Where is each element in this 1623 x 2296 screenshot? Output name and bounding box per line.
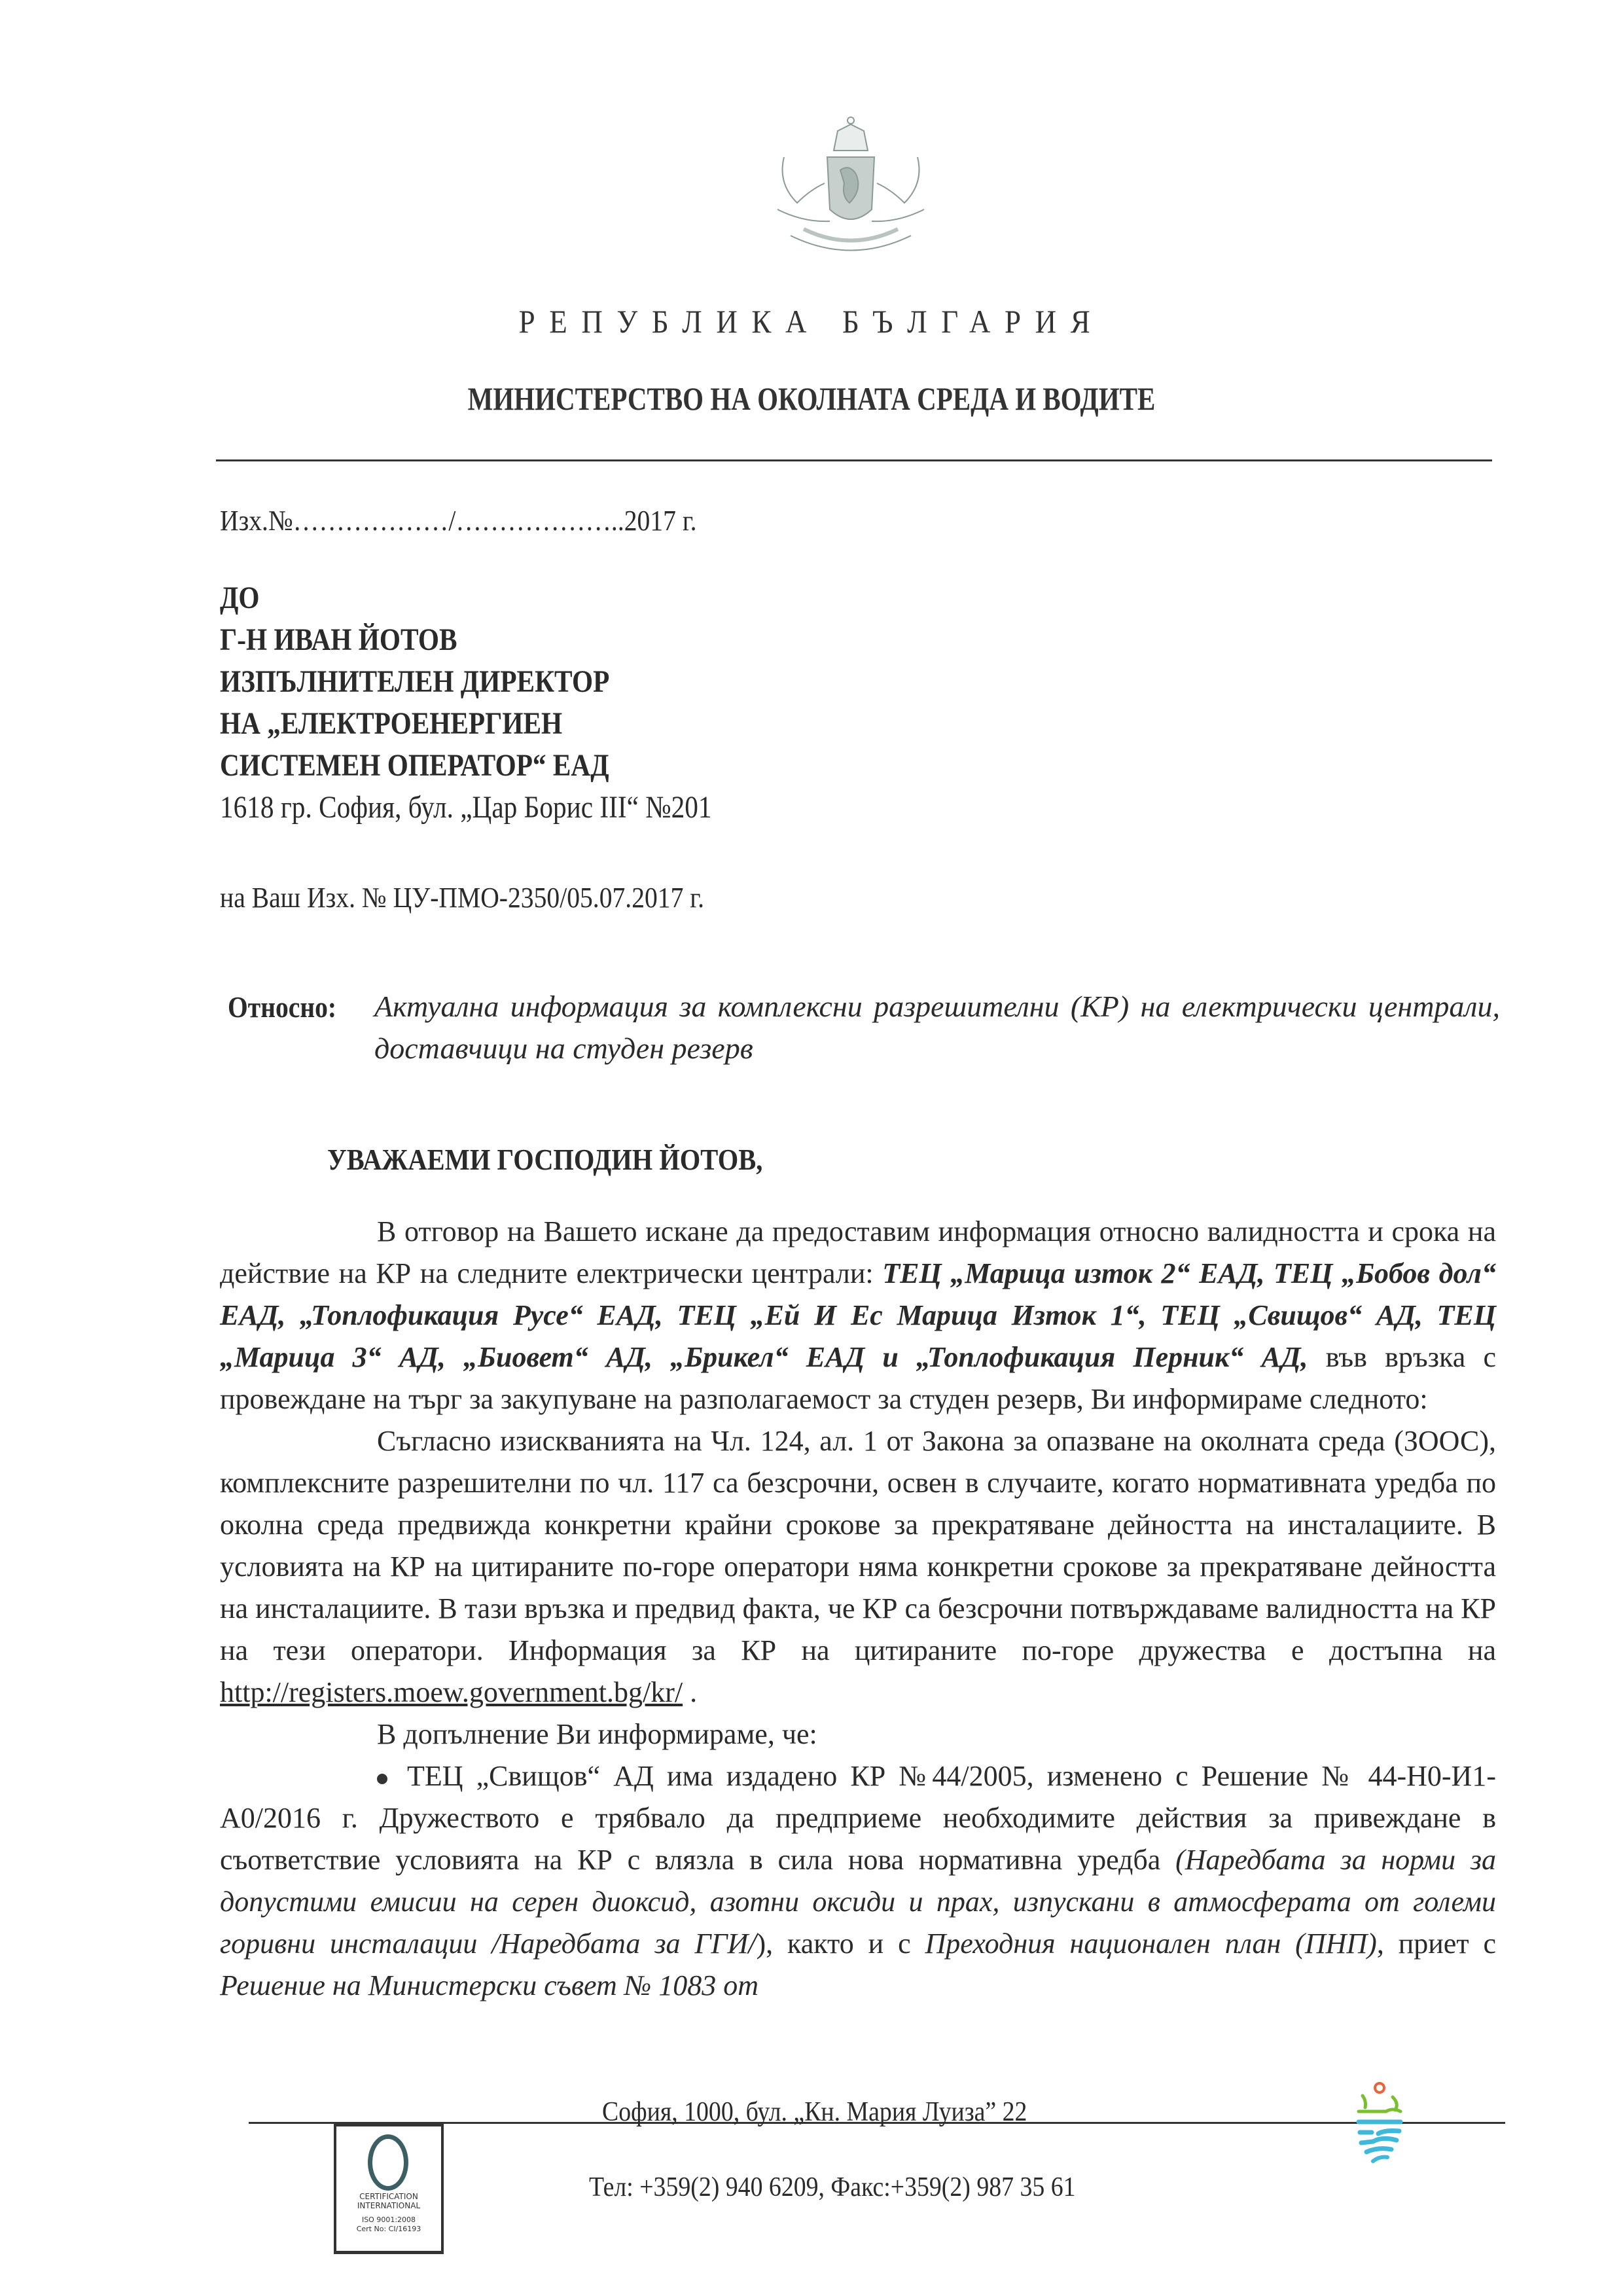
iso-certification-badge: CERTIFICATION INTERNATIONAL ISO 9001:200…: [334, 2123, 444, 2254]
ministry-eco-logo-icon: [1353, 2081, 1406, 2166]
paragraph-text: ), както и с: [756, 1928, 925, 1960]
subject-text: Актуална информация за комплексни разреш…: [374, 986, 1500, 1069]
salutation: УВАЖАЕМИ ГОСПОДИН ЙОТОВ,: [327, 1142, 762, 1177]
subject-label: Относно:: [228, 990, 336, 1024]
reference-number: на Ваш Изх. № ЦУ-ПМО-2350/05.07.2017 г.: [220, 881, 704, 914]
ministry-heading: МИНИСТЕРСТВО НА ОКОЛНАТА СРЕДА И ВОДИТЕ: [146, 380, 1477, 418]
country-heading: РЕПУБЛИКА БЪЛГАРИЯ: [81, 302, 1542, 340]
recipient-line: СИСТЕМЕН ОПЕРАТОР“ ЕАД: [220, 745, 712, 787]
bullet-item: ТЕЦ „Свищов“ АД има издадено КР №44/2005…: [220, 1755, 1496, 2007]
paragraph-text: В допълнение Ви информираме, че:: [377, 1718, 817, 1750]
bullet-icon: [377, 1774, 387, 1784]
recipient-address: 1618 гр. София, бул. „Цар Борис III“ №20…: [220, 787, 712, 829]
footer-contacts: Тел: +359(2) 940 6209, Факс:+359(2) 987 …: [589, 2172, 1076, 2203]
outgoing-number: Изх.№………………/………………..2017 г.: [220, 504, 697, 537]
registers-link[interactable]: http://registers.moew.government.bg/kr/: [220, 1676, 683, 1708]
plan-name: Преходния национален план (ПНП): [925, 1928, 1377, 1960]
cert-details: ISO 9001:2008 Cert No: CI/16193: [336, 2215, 441, 2234]
recipient-line: НА „ЕЛЕКТРОЕНЕРГИЕН: [220, 703, 712, 745]
paragraph-text: , приет с: [1377, 1928, 1496, 1960]
paragraph-3: В допълнение Ви информираме, че:: [220, 1713, 1496, 1755]
recipient-line: ИЗПЪЛНИТЕЛЕН ДИРЕКТОР: [220, 661, 712, 703]
paragraph-text: Съгласно изискванията на Чл. 124, ал. 1 …: [220, 1425, 1496, 1666]
coat-of-arms-icon: [764, 111, 937, 262]
recipient-line: Г-Н ИВАН ЙОТОВ: [220, 619, 712, 661]
certification-ring-icon: [368, 2134, 408, 2191]
footer-address: София, 1000, бул. „Кн. Мария Луиза” 22: [602, 2096, 1027, 2128]
cert-number: Cert No: CI/16193: [336, 2225, 441, 2234]
paragraph-1: В отговор на Вашето искане да предостави…: [220, 1211, 1496, 1420]
paragraph-2: Съгласно изискванията на Чл. 124, ал. 1 …: [220, 1420, 1496, 1713]
cert-title: CERTIFICATION INTERNATIONAL: [336, 2192, 441, 2210]
decision-name: Решение на Министерски съвет № 1083 от: [220, 1969, 758, 2001]
header-divider: [216, 459, 1492, 461]
letter-body: В отговор на Вашето искане да предостави…: [220, 1211, 1496, 2007]
cert-iso: ISO 9001:2008: [336, 2215, 441, 2225]
recipient-block: ДО Г-Н ИВАН ЙОТОВ ИЗПЪЛНИТЕЛЕН ДИРЕКТОР …: [220, 577, 712, 829]
paragraph-text: .: [683, 1676, 697, 1708]
recipient-line: ДО: [220, 577, 712, 619]
